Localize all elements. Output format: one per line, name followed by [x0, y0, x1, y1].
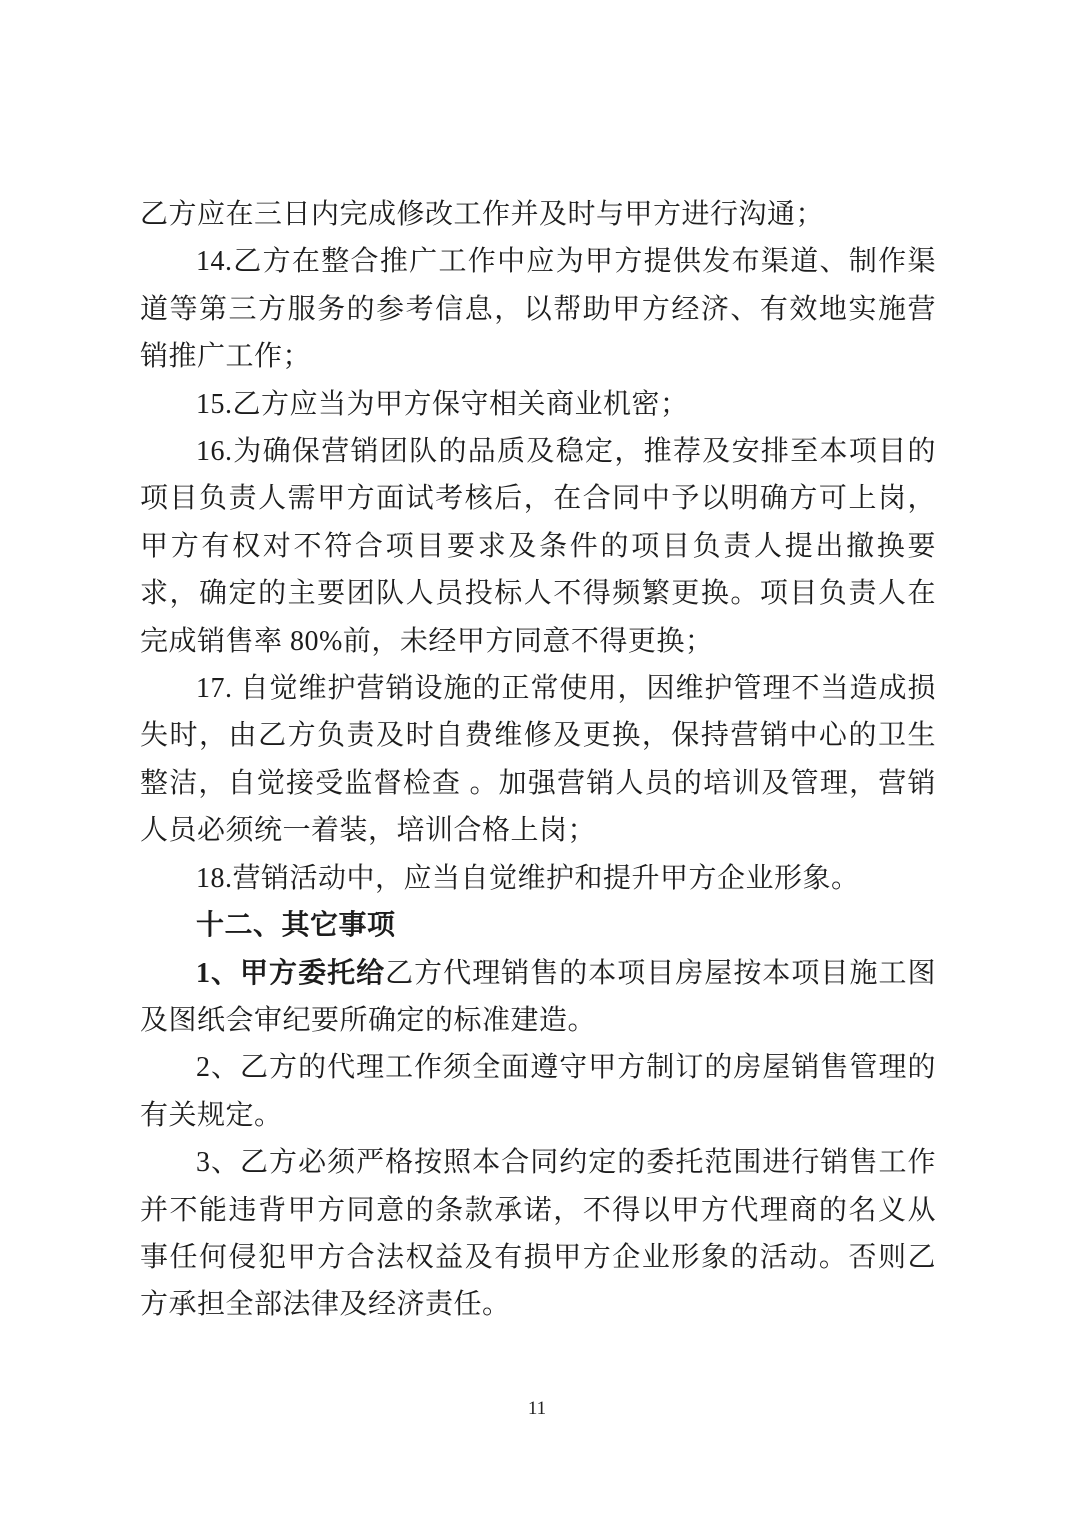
paragraph-item-17: 17. 自觉维护营销设施的正常使用，因维护管理不当造成损失时，由乙方负责及时自费… [140, 665, 936, 855]
document-page: 乙方应在三日内完成修改工作并及时与甲方进行沟通； 14.乙方在整合推广工作中应为… [140, 191, 936, 1329]
paragraph-item-18: 18.营销活动中，应当自觉维护和提升甲方企业形象。 [140, 855, 936, 902]
item-1-lead-bold: 1、甲方委托给 [196, 958, 385, 989]
paragraph-item-3: 3、乙方必须严格按照本合同约定的委托范围进行销售工作并不能违背甲方同意的条款承诺… [140, 1139, 936, 1329]
paragraph-item-14: 14.乙方在整合推广工作中应为甲方提供发布渠道、制作渠道等第三方服务的参考信息，… [140, 238, 936, 380]
paragraph-item-15: 15.乙方应当为甲方保守相关商业机密； [140, 381, 936, 428]
paragraph-item-2: 2、乙方的代理工作须全面遵守甲方制订的房屋销售管理的有关规定。 [140, 1044, 936, 1139]
paragraph-continuation: 乙方应在三日内完成修改工作并及时与甲方进行沟通； [140, 191, 936, 238]
section-heading: 十二、其它事项 [140, 902, 936, 949]
page-number: 11 [0, 1398, 1074, 1420]
paragraph-item-16: 16.为确保营销团队的品质及稳定，推荐及安排至本项目的项目负责人需甲方面试考核后… [140, 428, 936, 665]
paragraph-item-1: 1、甲方委托给乙方代理销售的本项目房屋按本项目施工图及图纸会审纪要所确定的标准建… [140, 950, 936, 1045]
